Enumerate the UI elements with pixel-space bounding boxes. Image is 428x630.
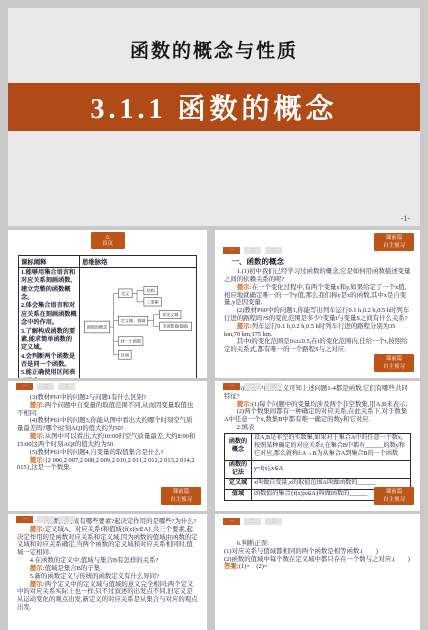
- flowchart-node-three-elements: 三要素: [147, 298, 159, 304]
- slide-objectives: ⌂ 首页 课标阐释 思维脉络 1.能够用集合语言和对应关系刻画函数,建立完整的函…: [8, 230, 207, 378]
- section-badge[interactable]: 课前篇 自主预习: [374, 233, 414, 251]
- section-badge-line2: 自主预习: [374, 242, 414, 250]
- mindmap-header: 思维脉络: [80, 256, 197, 268]
- tab-bar: 一 二 三: [223, 247, 282, 254]
- row-label: 函数的记法: [225, 460, 252, 479]
- tab-one[interactable]: 一: [16, 383, 33, 390]
- slide-fill-table: 一 二 三 (6)由初中函数定义可知上述问题1-4都是函数,它们有哪些共同特征?…: [215, 381, 420, 511]
- tab-two[interactable]: 二: [37, 383, 54, 390]
- tab-two[interactable]: 二: [244, 518, 261, 525]
- tab-two[interactable]: 二: [37, 516, 54, 523]
- objective-item: 2.体会集合语言和对应关系在刻画函数概念中的作用。: [21, 302, 77, 327]
- hint-label: 提示:: [30, 402, 45, 409]
- section-badge[interactable]: 课前篇 自主预习: [374, 354, 414, 372]
- lesson-title-banner: 3.1.1 函数的概念: [8, 83, 420, 131]
- home-button[interactable]: ⌂ 首页: [91, 232, 125, 249]
- section-badge[interactable]: 课前篇 自主预习: [161, 487, 201, 505]
- row-text: 设A,B是非空的实数集,如果对于集合A中的任意一个数x,按照某种确定的对应关系f…: [252, 433, 411, 460]
- row-text: y=f(x),x∈A: [252, 460, 411, 479]
- hint-label: 提示:: [237, 401, 252, 408]
- hint-paragraph: 提示:在一个变化过程中,有两个变量x和y,如果给定了一个x值,相应地就确定唯一的…: [224, 284, 411, 307]
- hint-label: 提示:: [30, 457, 45, 464]
- hint-label: 提示:: [30, 581, 45, 588]
- section-badge-line2: 自主预习: [374, 363, 414, 371]
- paragraph: (3)教材P61中的问题2与问题1有什么区别?: [17, 394, 198, 402]
- flowchart-node-find-domain: 求定义域: [162, 311, 178, 317]
- hint-label: 提示:: [237, 284, 252, 291]
- hint-paragraph: 提示:两个问题中自变量的取值范围不同,从而因变量取值也不相同.: [17, 402, 198, 418]
- paragraph: 4.在函数的定义中,值域与集合B有怎样的关系?: [17, 557, 198, 565]
- tab-bar: 一 二 三: [16, 516, 75, 523]
- page-number: -1-: [401, 214, 410, 223]
- tab-one[interactable]: 一: [16, 516, 33, 523]
- tab-bar: 一 二 三: [223, 518, 282, 525]
- tab-bar: 一 二 三: [16, 383, 75, 390]
- row-label: 函数的概念: [225, 433, 252, 460]
- section-badge-line2: 自主预习: [374, 496, 414, 504]
- paragraph: (4)教材P61中的问题3,你能从图中看出大约哪个时刻空气质量最差吗?哪个时刻A…: [17, 417, 198, 433]
- paragraph: 其中t的变化范围是0≤t≤0.5,在t的变化范围内,任给一个t,按照给定的关系式…: [224, 338, 411, 354]
- hint-paragraph: 提示:{2 006,2 007,2 008,2 009,2 010,2 011,…: [17, 457, 198, 473]
- hint-paragraph: 提示:列车运行0.1 h,0.2 h,0.5 h时列车行进的路程分别为35 km…: [224, 323, 411, 339]
- hint-text: 值域是集合B的子集.: [45, 565, 102, 572]
- slide-concept-2: 一 二 三 (3)教材P61中的问题2与问题1有什么区别? 提示:两个问题中自变…: [8, 381, 207, 511]
- objective-item: 1.能够用集合语言和对应关系刻画函数,建立完整的函数概念。: [21, 269, 77, 302]
- tab-one[interactable]: 一: [223, 383, 240, 390]
- hint-text: 从图中可以看出,大约10:00时空气质量最差,大约8:00和15:00这两个时刻…: [17, 433, 195, 448]
- objectives-table: 课标阐释 思维脉络 1.能够用集合语言和对应关系刻画函数,建立完整的函数概念。 …: [18, 255, 197, 378]
- home-button-label: 首页: [102, 241, 113, 248]
- objective-item: 3.了解构成函数的要素,能求简单函数的定义域。: [21, 328, 77, 353]
- row-label: 定义域: [225, 479, 252, 490]
- flowchart-node-root: 函数的概念: [87, 323, 108, 329]
- course-title: 函数的概念与性质: [8, 36, 420, 63]
- hint-label: 提示:: [30, 433, 45, 440]
- flowchart-node-structure: 结构: [147, 287, 155, 293]
- hint-label: 提示:: [30, 565, 45, 572]
- objectives-cell: 1.能够用集合语言和对应关系刻画函数,建立完整的函数概念。 2.体会集合语言和对…: [19, 268, 80, 379]
- row-label: 值域: [225, 490, 252, 501]
- section-badge-line2: 自主预习: [161, 496, 201, 504]
- tab-one[interactable]: 一: [223, 247, 240, 254]
- hint-text: (1)每个问题中的变量均涉及两个非空数集,用A,B来表示;: [252, 401, 408, 408]
- paragraph: (2)教材P60中的问题1,你能写出列车运行0.1 h,0.2 h,0.5 h时…: [224, 307, 411, 323]
- slide-concept-1: 课前篇 自主预习 一 二 三 一、函数的概念 1.(1)初中我们已经学习过函数的…: [215, 230, 420, 378]
- hint-text: 两个定义中的定义域与值域的意义完全相同;两个定义中的对应关系实际上也一样,只不过…: [17, 581, 198, 611]
- paragraph: (5)教材P61中的问题4,自变量的取值集合是什么?: [17, 449, 198, 457]
- paragraph: (1)对应关系与值域都相同的两个函数是相等函数.( ): [224, 548, 411, 556]
- hint-text: 定义域A、对应关系f和值域{f(x)|x∈A},共三个要素,起决定作用的是函数对…: [17, 526, 198, 556]
- objectives-header: 课标阐释: [19, 256, 80, 268]
- slide-content: (6)由初中函数定义可知上述问题1-4都是函数,它们有哪些共同特征? 提示:(1…: [215, 385, 420, 501]
- answer-text: (1)× (2)×: [239, 563, 268, 570]
- flowchart-node-find-value: 求函数值(值域): [163, 323, 189, 328]
- slide-content: 一、函数的概念 1.(1)初中我们已经学习过函数的概念,它是如何用函数描述变量之…: [215, 257, 420, 354]
- tab-three[interactable]: 三: [265, 247, 282, 254]
- flowchart-node-domain-range: 定义域、值域: [121, 317, 146, 323]
- paragraph: 1.(1)初中我们已经学习过函数的概念,它是如何用函数描述变量之间的依赖关系的呢…: [224, 268, 411, 284]
- tab-bar: 一 二 三: [223, 383, 282, 390]
- tab-one[interactable]: 一: [223, 518, 240, 525]
- slide-content: (3)教材P61中的问题2与问题1有什么区别? 提示:两个问题中自变量的取值范围…: [8, 394, 207, 472]
- hint-paragraph: 提示:值域是集合B的子集.: [17, 565, 198, 573]
- lesson-title: 3.1.1 函数的概念: [90, 87, 337, 127]
- hint-paragraph: 提示:定义域A、对应关系f和值域{f(x)|x∈A},共三个要素,起决定作用的是…: [17, 526, 198, 557]
- flowchart-node-def: 定义: [121, 289, 129, 295]
- slide-content: 6.判断正误: (1)对应关系与值域都相同的两个函数是相等函数.( ) (2)函…: [215, 540, 420, 571]
- objective-item: 5.能正确使用区间表示数集。: [21, 369, 77, 378]
- hint-label: 提示:: [237, 323, 252, 330]
- answer-label: 答案:: [224, 563, 239, 570]
- answer-paragraph: 答案:(1)× (2)×: [224, 563, 411, 571]
- section-heading: 一、函数的概念: [224, 257, 411, 266]
- section-badge-line1: 课前篇: [374, 488, 414, 496]
- section-badge-line1: 课前篇: [161, 488, 201, 496]
- section-badge-line1: 课前篇: [374, 234, 414, 242]
- tab-three[interactable]: 三: [58, 516, 75, 523]
- table-row: 函数的概念 设A,B是非空的实数集,如果对于集合A中的任意一个数x,按照某种确定…: [225, 433, 411, 460]
- hint-paragraph: 提示:从图中可以看出,大约10:00时空气质量最差,大约8:00和15:00这两…: [17, 433, 198, 449]
- paragraph: 2.填表: [224, 424, 411, 432]
- mindmap-cell: 函数的概念 定义 结构 三要素 定义域、值域 求定义域 求函数值(值域) 同一个…: [80, 268, 197, 379]
- hint-text: 在一个变化过程中,有两个变量x和y,如果给定了一个x值,相应地就确定唯一的一个y…: [224, 284, 406, 307]
- paragraph: 5.新的函数定义与传统的函数定义有什么异同?: [17, 573, 198, 581]
- tab-three[interactable]: 三: [58, 383, 75, 390]
- hint-label: 提示:: [30, 526, 45, 533]
- table-row: 函数的记法 y=f(x),x∈A: [225, 460, 411, 479]
- flowchart-node-same-function: 同一个函数: [120, 337, 140, 343]
- tab-three[interactable]: 三: [265, 383, 282, 390]
- flowchart-node-interval: 区间: [121, 351, 129, 357]
- slide-title: 函数的概念与性质 3.1.1 函数的概念 -1-: [8, 8, 420, 226]
- section-badge-line1: 课前篇: [374, 355, 414, 363]
- slide-true-false: 一 二 三 6.判断正误: (1)对应关系与值域都相同的两个函数是相等函数.( …: [215, 514, 420, 630]
- tab-two[interactable]: 二: [244, 247, 261, 254]
- concept-flowchart: 函数的概念 定义 结构 三要素 定义域、值域 求定义域 求函数值(值域) 同一个…: [82, 286, 194, 368]
- hint-paragraph: (2)两个数集间都有一种确定的对应关系,在此关系下,对于数集A中任意一个x,数集…: [224, 408, 411, 424]
- tab-two[interactable]: 二: [244, 383, 261, 390]
- objective-item: 4.会判断两个函数是否是同一个函数。: [21, 353, 77, 370]
- slide-elements: 一 二 三 3.一个函数的构成有哪些要素?起决定作用的是哪些?为什么? 提示:定…: [8, 514, 207, 630]
- home-icon: ⌂: [105, 234, 109, 241]
- section-badge[interactable]: 课前篇 自主预习: [374, 487, 414, 505]
- slide-content: 3.一个函数的构成有哪些要素?起决定作用的是哪些?为什么? 提示:定义域A、对应…: [8, 518, 207, 612]
- paragraph: 6.判断正误:: [224, 540, 411, 548]
- hint-paragraph: 提示:两个定义中的定义域与值域的意义完全相同;两个定义中的对应关系实际上也一样,…: [17, 581, 198, 612]
- tab-three[interactable]: 三: [265, 518, 282, 525]
